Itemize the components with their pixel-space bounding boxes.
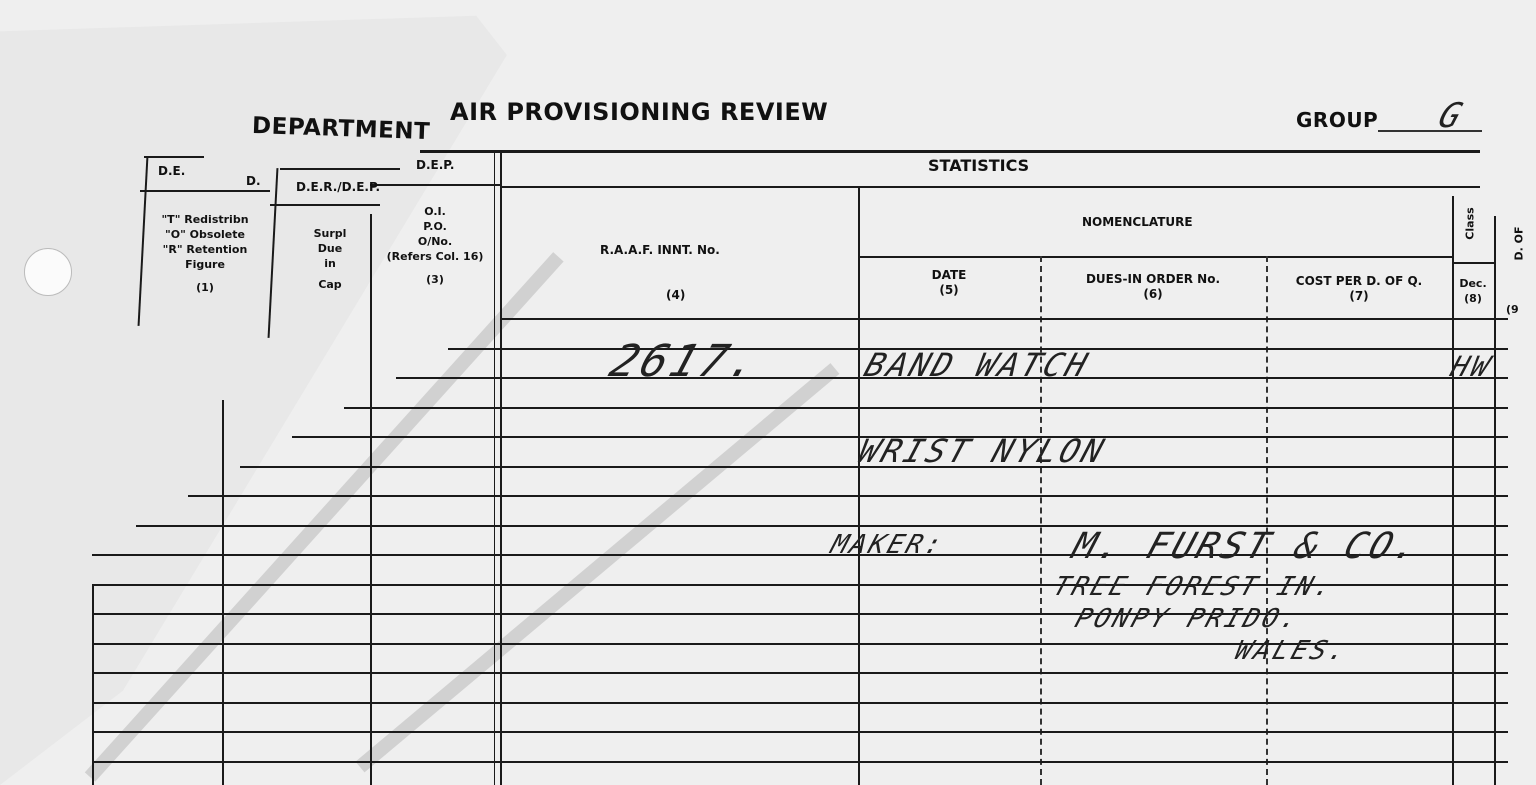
table-row-rule [344,407,1508,409]
col2-header: D.E.R./D.E.P. [296,180,380,195]
table-row-rule [92,702,1508,704]
form-title: AIR PROVISIONING REVIEW [450,98,828,126]
dues-in-header: DUES-IN ORDER No. (6) [1042,272,1264,302]
statistics-label: STATISTICS [928,158,1029,173]
rule [858,256,1454,258]
table-row-rule [188,495,1508,497]
col1-desc: "T" Redistribn "O" Obsolete "R" Retentio… [140,212,270,295]
group-label: GROUP [1296,108,1378,132]
item-number: 2617. [604,336,768,387]
col-divider [222,400,224,785]
col2-desc: Surpl Due in Cap [300,226,360,292]
col-divider [92,585,94,785]
date-header: DATE (5) [860,268,1038,298]
rule [1452,262,1494,264]
maker-label: MAKER: [827,530,949,560]
nomenclature-label: NOMENCLATURE [1082,215,1193,230]
col-divider-dashed [1040,256,1042,785]
maker-address-1: TREE FOREST IN. [1049,572,1339,602]
rule [280,168,400,170]
maker-name: M. FURST & CO. [1067,526,1426,567]
rule [140,190,270,192]
rule [370,184,500,186]
rule [500,186,1480,188]
rule [420,150,1480,153]
col-divider [500,150,502,785]
col9-number: (9 [1506,302,1519,317]
d-of-header: D. OF [1512,227,1527,261]
group-field[interactable] [1378,130,1482,132]
col3-desc: O.I. P.O. O/No. (Refers Col. 16) (3) [372,204,498,287]
col-divider [1494,216,1496,785]
col-divider [370,214,372,785]
cost-header: COST PER D. OF Q. (7) [1268,274,1450,304]
maker-address-2: PONPY PRIDO. [1071,604,1305,634]
raaf-col-number: (4) [666,288,685,303]
punch-hole [24,248,72,296]
col-divider-dashed [1266,256,1268,785]
col1-header: D.E. [158,164,185,179]
rule [144,156,204,158]
nomenclature-line-2: WRIST NYLON [854,432,1111,470]
rule [270,204,380,206]
col1b-header: D. [246,174,261,189]
raaf-col-header: R.A.A.F. INNT. No. [600,243,720,258]
class-header: Class [1463,207,1478,239]
table-row-rule [92,731,1508,733]
table-row-rule [500,318,1508,320]
nomenclature-line-1: BAND WATCH [860,346,1095,384]
table-row-rule [92,761,1508,763]
table-row-rule [92,672,1508,674]
dec-header: Dec. (8) [1454,276,1492,306]
maker-address-3: WALES. [1231,636,1353,666]
col3-header: D.E.P. [416,158,454,173]
